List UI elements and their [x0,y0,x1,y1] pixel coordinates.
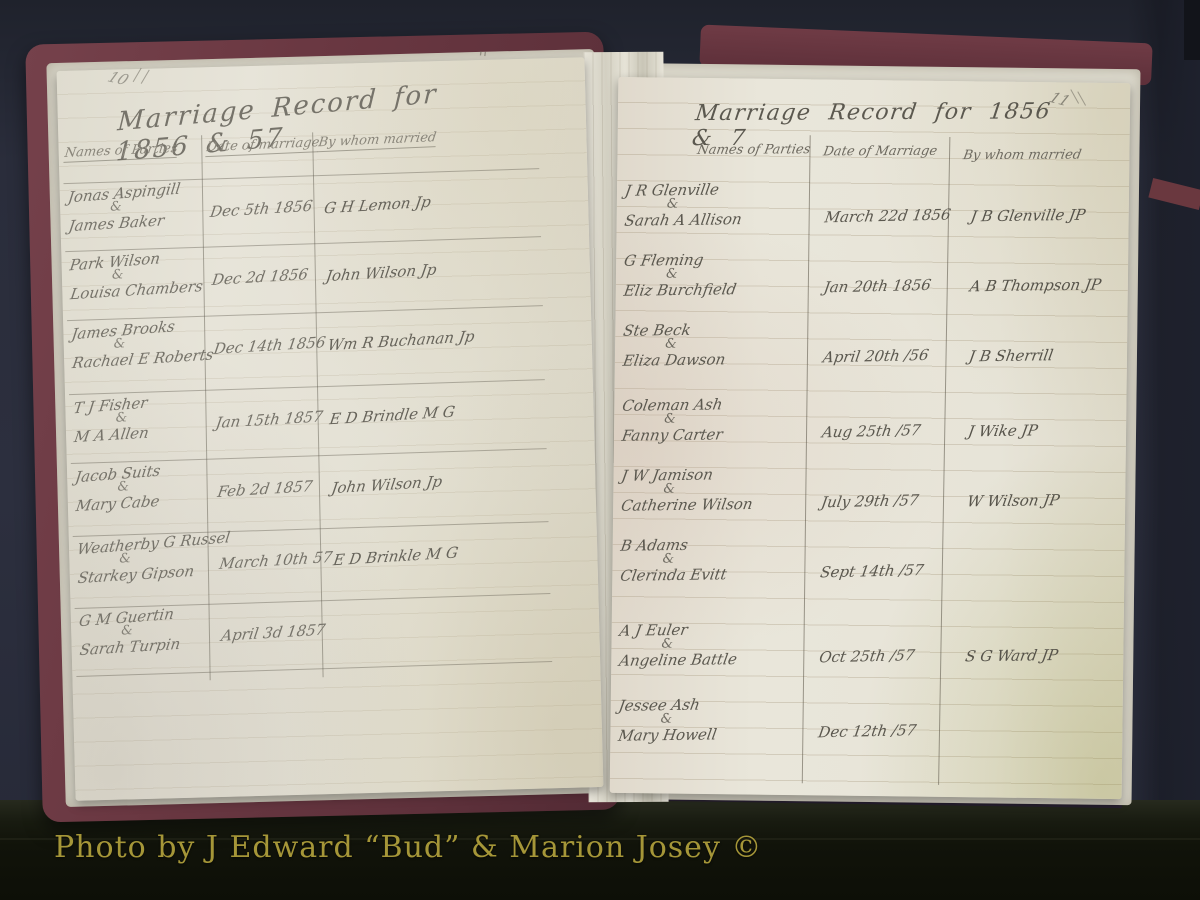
marriage-date: Sept 14th /57 [819,561,932,582]
marriage-date: Dec 14th 1856 [213,333,326,358]
pencil-stroke [141,70,150,84]
party1-name: J R Glenville [624,182,764,199]
party1-name: A J Euler [618,622,758,639]
parties-cell: Jacob Suits & Mary Cabe [75,463,214,512]
party2-name: Catherine Wilson [620,497,760,514]
parties-cell: T J Fisher & M A Allen [73,394,212,443]
parties-cell: G M Guertin & Sarah Turpin [79,607,218,656]
officiant-name: J B Glenville JP [969,204,1200,225]
party2-name: Angeline Battle [618,652,758,669]
parties-cell: Ste Beck & Eliza Dawson [623,322,762,369]
parties-cell: Weatherby G Russel & Starkey Gipson [77,535,216,584]
marriage-entry: Jacob Suits & Mary Cabe Feb 2d 1857 John… [75,454,575,533]
party2-name: Sarah A Allison [623,212,763,229]
marriage-entry: James Brooks & Rachael E Roberts Dec 14t… [71,311,571,390]
marriage-date: Oct 25th /57 [818,646,931,667]
right-page: 11 Marriage Record for 1856 & 7 Names of… [610,77,1131,799]
party2-name: Mary Cabe [75,491,215,515]
marriage-entry: Park Wilson & Louisa Chambers Dec 2d 185… [69,242,569,321]
marriage-entry: Weatherby G Russel & Starkey Gipson Marc… [77,526,577,605]
marriage-date: July 29th /57 [820,491,933,512]
marriage-date: April 20th /56 [822,346,935,367]
parties-cell: A J Euler & Angeline Battle [619,622,758,669]
party1-name: G Fleming [623,252,763,269]
parties-cell: Jonas Aspingill & James Baker [68,183,207,232]
marriage-entry: J R Glenville & Sarah A Allison March 22… [624,182,1123,254]
photo-scene: 10 Marriage Record for 1856 & 57 Names o… [0,0,1200,900]
background-object [1184,0,1200,60]
officiant-name: John Wilson Jp [330,464,572,497]
marriage-date: Aug 25th /57 [821,421,934,442]
photo-credit-caption: Photo by J Edward “Bud” & Marion Josey © [54,830,762,865]
marriage-entry: Jessee Ash & Mary Howell Dec 12th /57 [618,697,1117,769]
parties-cell: B Adams & Clerinda Evitt [620,537,759,584]
party2-name: Fanny Carter [621,427,761,444]
officiant-name: E D Brindle M G [328,395,570,428]
marriage-date: Jan 15th 1857 [214,407,327,432]
party1-name: Jessee Ash [618,697,758,714]
pencil-stroke [1077,91,1086,105]
party1-name: Coleman Ash [621,397,761,414]
marriage-entry: Coleman Ash & Fanny Carter Aug 25th /57 … [622,397,1121,469]
parties-cell: G Fleming & Eliz Burchfield [624,252,763,299]
column-header-names: Names of Parties [696,142,812,158]
column-header-officiant: By whom married [962,148,1082,164]
marriage-entry: Jonas Aspingill & James Baker Dec 5th 18… [68,174,568,253]
parties-cell: Coleman Ash & Fanny Carter [622,397,761,444]
marriage-date: Jan 20th 1856 [822,276,935,297]
marriage-date: Dec 2d 1856 [211,264,324,289]
officiant-name: A B Thompson JP [968,274,1200,295]
officiant-name [335,608,575,623]
party2-name: Eliza Dawson [622,352,762,369]
officiant-name: J B Sherrill [968,344,1200,365]
party2-name: Louisa Chambers [69,279,209,303]
pencil-stroke [133,68,142,82]
marriage-date: March 10th 57 [218,548,331,573]
parties-cell: J R Glenville & Sarah A Allison [625,182,764,229]
officiant-name: E D Brinkle M G [332,536,574,569]
marriage-entry: G Fleming & Eliz Burchfield Jan 20th 185… [623,252,1122,324]
marriage-date: April 3d 1857 [220,620,333,645]
party1-name: Ste Beck [622,322,762,339]
marriage-entry: A J Euler & Angeline Battle Oct 25th /57… [619,622,1118,694]
party1-name: J W Jamison [620,467,760,484]
party2-name: Starkey Gipson [77,563,217,587]
column-header-date: Date of marriage [205,135,320,157]
marriage-entry: B Adams & Clerinda Evitt Sept 14th /57 [620,537,1119,609]
parties-cell: J W Jamison & Catherine Wilson [621,467,760,514]
party2-name: Mary Howell [617,727,757,744]
marriage-entry: G M Guertin & Sarah Turpin April 3d 1857 [79,598,579,677]
party2-name: Clerinda Evitt [619,567,759,584]
parties-cell: James Brooks & Rachael E Roberts [71,320,210,369]
party2-name: Eliz Burchfield [623,282,763,299]
column-header-date: Date of Marriage [822,144,938,160]
marriage-entry: T J Fisher & M A Allen Jan 15th 1857 E D… [73,385,573,464]
party1-name: B Adams [619,537,759,554]
officiant-name: W Wilson JP [966,489,1200,510]
officiant-name: J Wike JP [967,419,1200,440]
party2-name: James Baker [68,211,208,235]
officiant-name: G H Lemon Jp [323,185,565,218]
parties-cell: Jessee Ash & Mary Howell [618,697,757,744]
party2-name: M A Allen [73,422,213,446]
marriage-date: Dec 12th /57 [817,721,930,742]
marriage-entry: J W Jamison & Catherine Wilson July 29th… [621,467,1120,539]
marriage-date: Dec 5th 1856 [209,196,322,221]
party2-name: Sarah Turpin [79,635,219,659]
page-number-annotation: 10 [105,68,132,89]
officiant-name: Wm R Buchanan Jp [327,321,569,354]
marriage-entry: Ste Beck & Eliza Dawson April 20th /56 J… [623,322,1122,394]
party2-name: Rachael E Roberts [71,348,211,372]
parties-cell: Park Wilson & Louisa Chambers [69,251,208,300]
marriage-date: March 22d 1856 [823,206,936,227]
marriage-date: Feb 2d 1857 [216,476,329,501]
officiant-name: S G Ward JP [964,644,1200,665]
officiant-name: John Wilson Jp [325,252,567,285]
left-page: 10 Marriage Record for 1856 & 57 Names o… [57,57,604,801]
